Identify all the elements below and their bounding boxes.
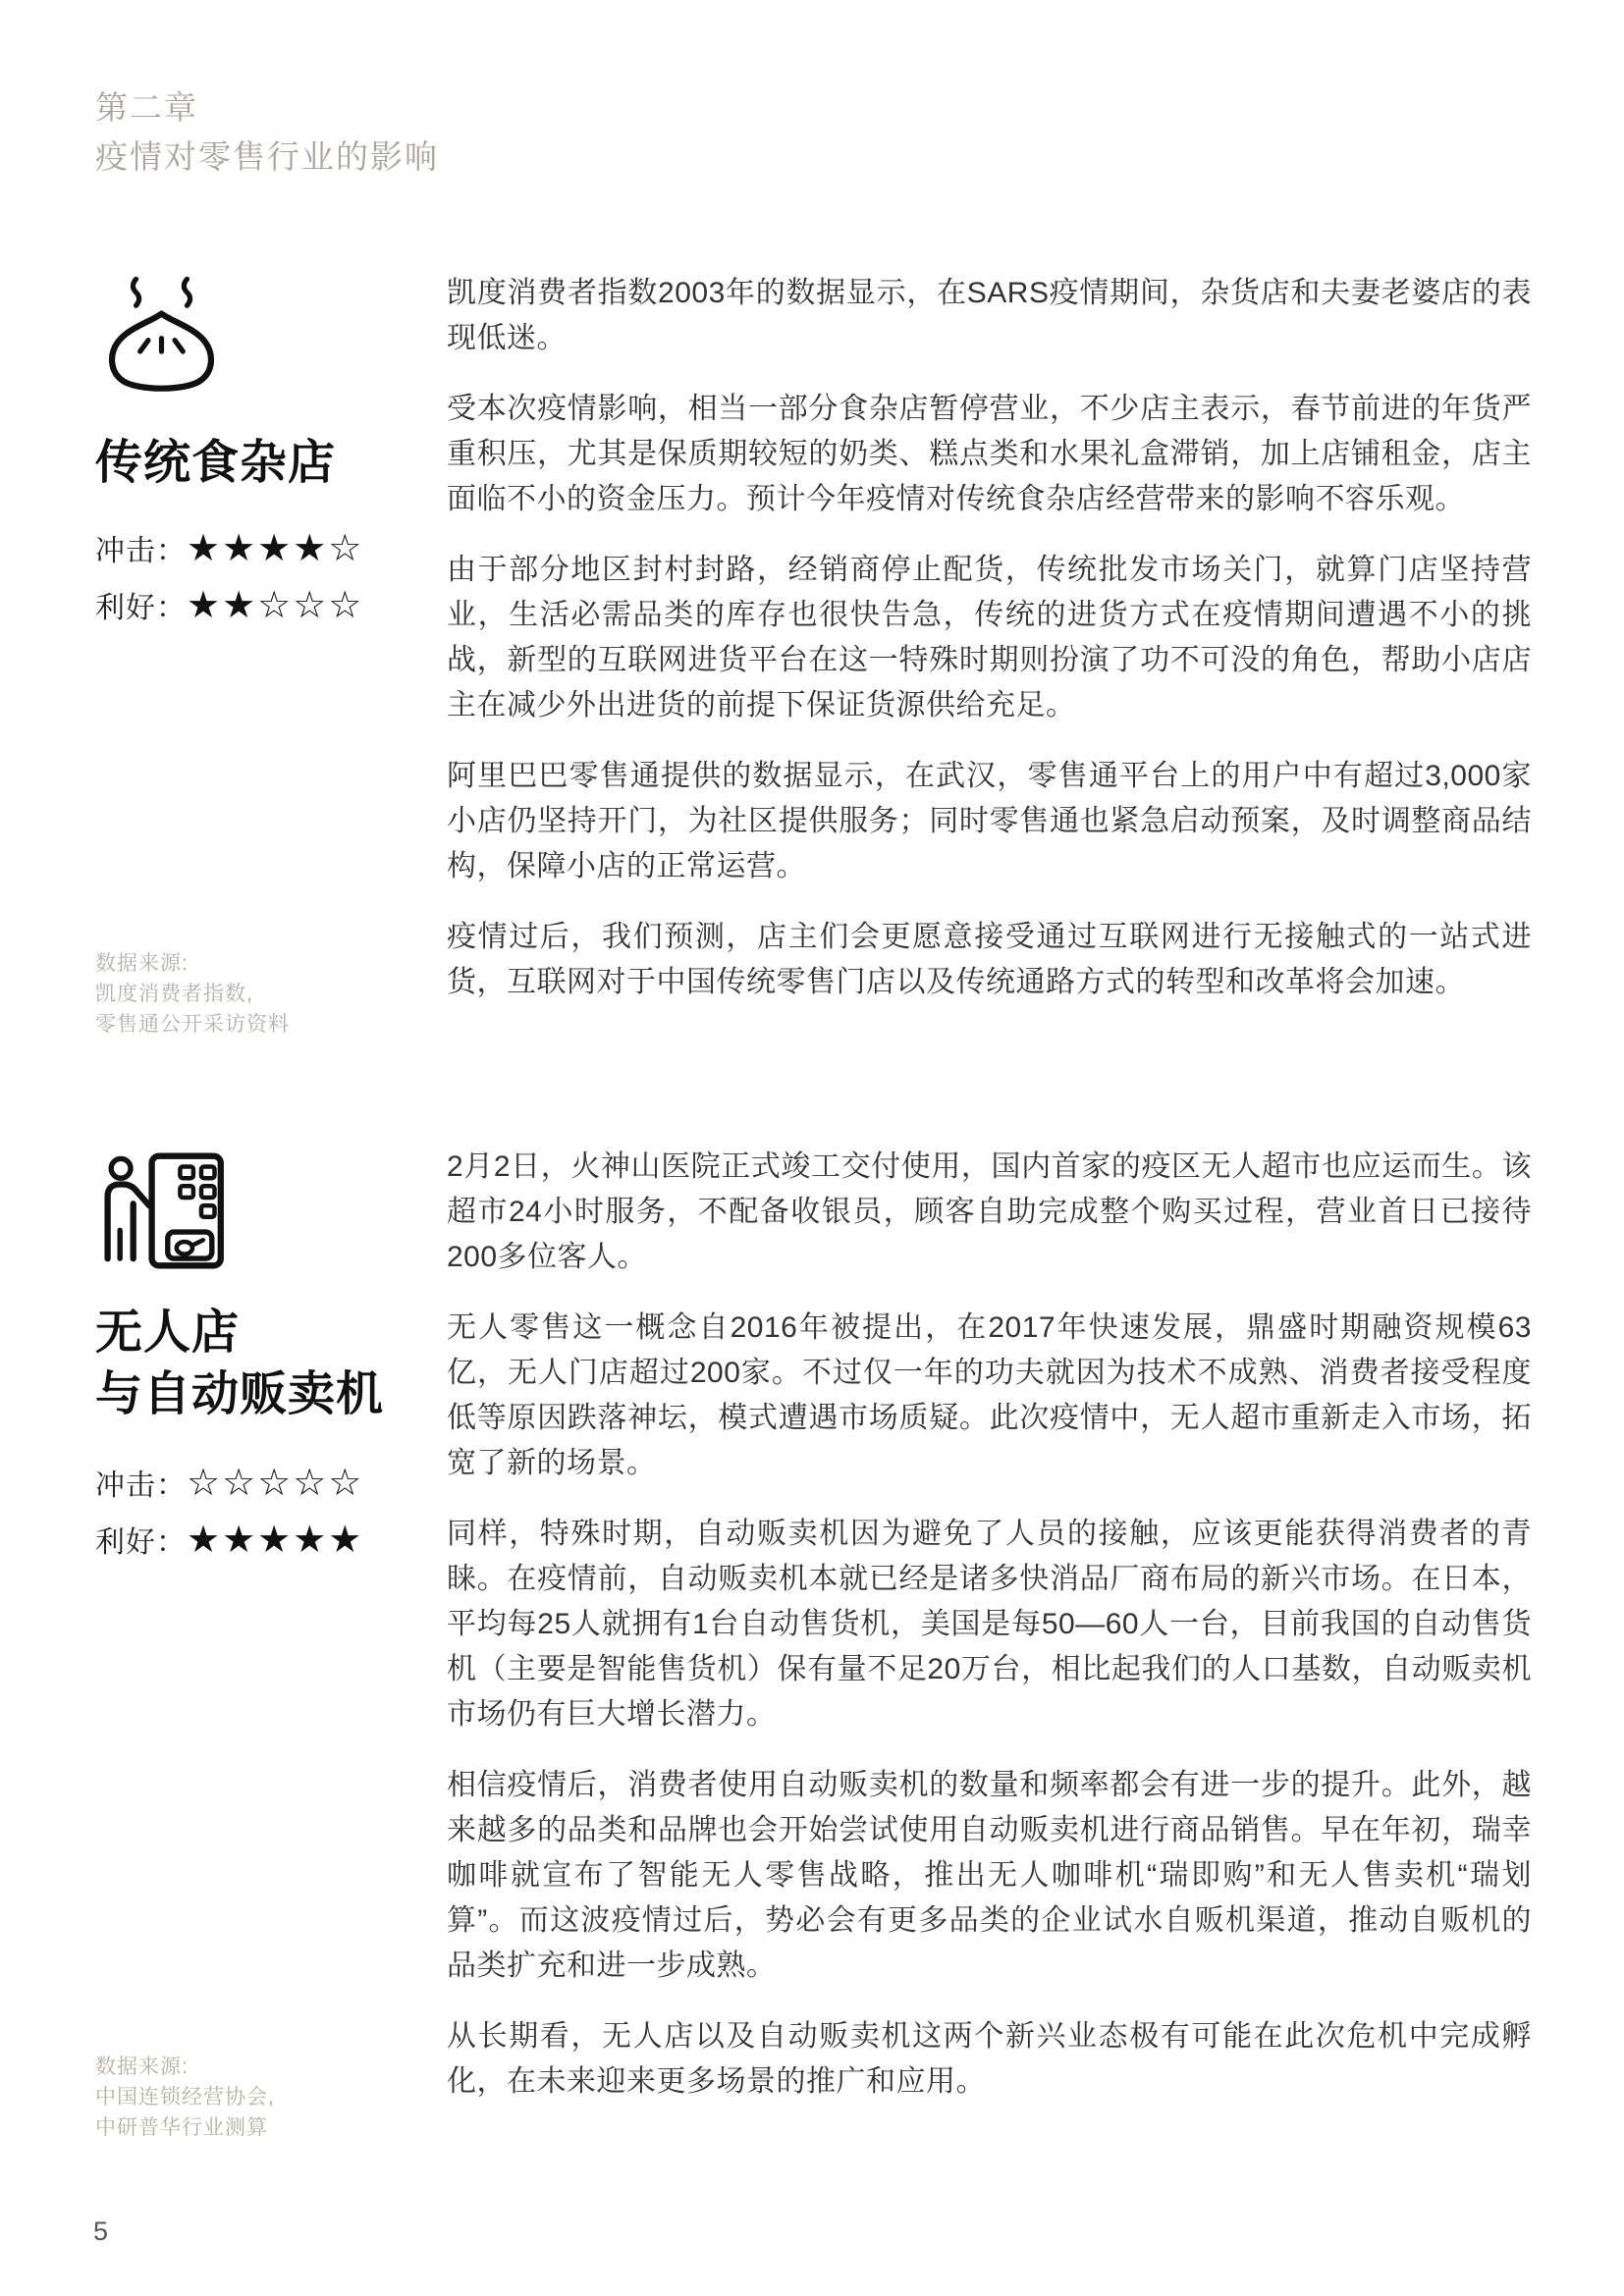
impact-stars: ★★★★☆ [187,526,363,569]
section-traditional-grocery: 传统食杂店 冲击：★★★★☆ 利好：★★☆☆☆ 数据来源: 凯度消费者指数, 零… [0,263,1624,1137]
paragraph: 同样，特殊时期，自动贩卖机因为避免了人员的接触，应该更能获得消费者的青睐。在疫情… [447,1512,1532,1737]
section-unmanned-vending: 无人店 与自动贩卖机 冲击：☆☆☆☆☆ 利好：★★★★★ 数据来源: 中国连锁经… [0,1137,1624,2216]
page-number: 5 [93,2216,108,2247]
benefit-stars: ★★★★★ [187,1518,363,1561]
benefit-stars: ★★☆☆☆ [187,583,363,626]
paragraph: 受本次疫情影响，相当一部分食杂店暂停营业，不少店主表示，春节前进的年货严重积压，… [447,387,1532,522]
paragraph: 由于部分地区封村封路，经销商停止配货，传统批发市场关门，就算门店坚持营业，生活必… [447,548,1532,728]
section-title: 传统食杂店 [95,432,508,494]
paragraph: 无人零售这一概念自2016年被提出，在2017年快速发展，鼎盛时期融资规模63亿… [447,1306,1532,1486]
chapter-header: 第二章 疫情对零售行业的影响 [95,83,439,182]
section-title-line: 传统食杂店 [95,432,508,494]
data-source-line: 零售通公开采访资料 [95,1009,290,1040]
chapter-title: 疫情对零售行业的影响 [95,133,439,182]
paragraph: 从长期看，无人店以及自动贩卖机这两个新兴业态极有可能在此次危机中完成孵化，在未来… [447,2014,1532,2105]
benefit-rating: 利好：★★☆☆☆ [95,583,363,626]
benefit-label: 利好： [95,592,187,624]
section-body: 2月2日，火神山医院正式竣工交付使用，国内首家的疫区无人超市也应运而生。该超市2… [447,1145,1532,2130]
data-source-line: 中国连锁经营协会, [95,2082,275,2112]
benefit-label: 利好： [95,1526,187,1559]
section-title: 无人店 与自动贩卖机 [95,1302,508,1425]
data-source-label: 数据来源: [95,948,290,979]
vending-machine-icon [95,1145,228,1277]
impact-label: 冲击： [95,535,187,567]
paragraph: 疫情过后，我们预测，店主们会更愿意接受通过互联网进行无接触式的一站式进货，互联网… [447,915,1532,1005]
paragraph: 凯度消费者指数2003年的数据显示，在SARS疫情期间，杂货店和夫妻老婆店的表现… [447,271,1532,361]
impact-rating: 冲击：★★★★☆ [95,526,363,569]
data-source-line: 中研普华行业测算 [95,2112,275,2143]
data-source-label: 数据来源: [95,2052,275,2082]
data-source-line: 凯度消费者指数, [95,979,290,1009]
data-source: 数据来源: 凯度消费者指数, 零售通公开采访资料 [95,948,290,1040]
impact-label: 冲击： [95,1469,187,1502]
steamed-bun-icon [95,271,228,403]
impact-stars: ☆☆☆☆☆ [187,1461,363,1504]
paragraph: 阿里巴巴零售通提供的数据显示，在武汉，零售通平台上的用户中有超过3,000家小店… [447,754,1532,889]
impact-rating: 冲击：☆☆☆☆☆ [95,1461,363,1504]
section-title-line: 与自动贩卖机 [95,1363,508,1425]
benefit-rating: 利好：★★★★★ [95,1518,363,1561]
chapter-label: 第二章 [95,83,439,133]
section-body: 凯度消费者指数2003年的数据显示，在SARS疫情期间，杂货店和夫妻老婆店的表现… [447,271,1532,1031]
rating-block: 冲击：★★★★☆ 利好：★★☆☆☆ [95,526,363,640]
rating-block: 冲击：☆☆☆☆☆ 利好：★★★★★ [95,1461,363,1575]
data-source: 数据来源: 中国连锁经营协会, 中研普华行业测算 [95,2052,275,2143]
section-title-line: 无人店 [95,1302,508,1363]
paragraph: 2月2日，火神山医院正式竣工交付使用，国内首家的疫区无人超市也应运而生。该超市2… [447,1145,1532,1280]
paragraph: 相信疫情后，消费者使用自动贩卖机的数量和频率都会有进一步的提升。此外，越来越多的… [447,1763,1532,1989]
document-page: 第二章 疫情对零售行业的影响 传统食杂店 冲击：★★★★☆ [0,0,1624,2296]
